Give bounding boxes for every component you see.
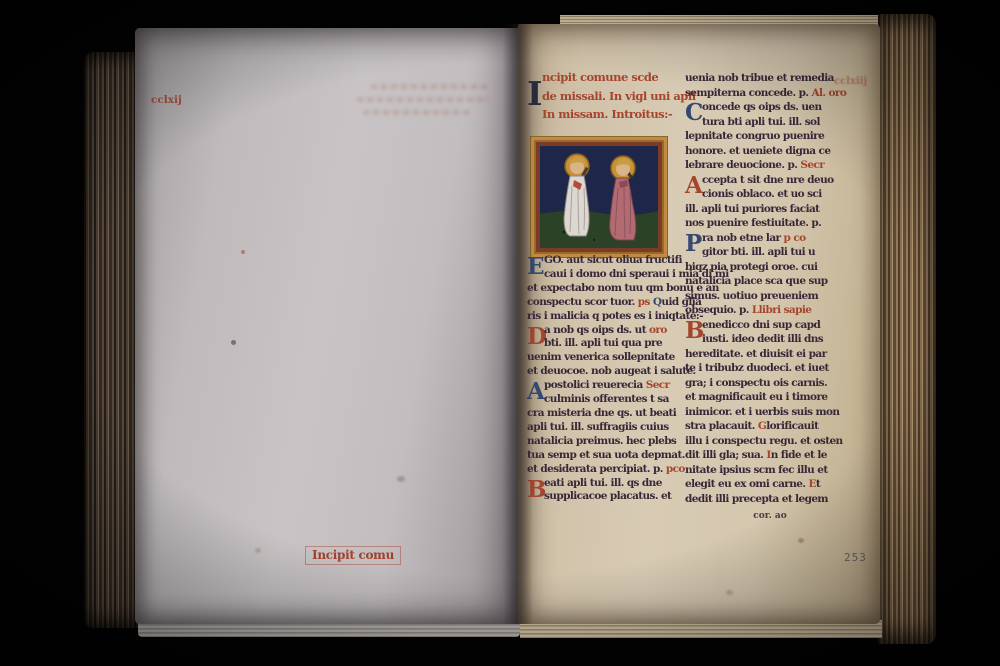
text-segment: ccepta t sit dne nre deuo: [702, 174, 834, 186]
text-segment: illu i conspectu regu. et osten: [685, 435, 843, 447]
stain: [726, 590, 733, 595]
text-segment: obsequio. p.: [685, 304, 752, 316]
manuscript-line: dedit illi precepta et legem: [685, 492, 855, 507]
manuscript-line: obsequio. p. Llibri sapie: [685, 303, 855, 318]
manuscript-line: biqz pia protegi oroe. cui: [685, 260, 855, 275]
text-segment: lebrare deuocione. p.: [685, 159, 800, 171]
text-segment: tua semp et sua uota depmat.: [527, 449, 685, 461]
text-segment: de missali. In vigl uni apli: [542, 89, 696, 103]
text-segment: lepnitate congruo puenire: [685, 130, 824, 142]
text-segment: stra placauit.: [685, 420, 758, 432]
manuscript-line: et expectabo nom tuu qm bonu e an: [527, 282, 687, 296]
text-segment: ncipit comune scde: [542, 70, 658, 84]
saint-figure-right: [610, 156, 636, 240]
miniature: [530, 136, 668, 262]
manuscript-line: nitate ipsius scm fec illu et: [685, 463, 855, 478]
show-through-ghost-text: [357, 84, 497, 134]
left-page-bottom-edge: [138, 622, 520, 637]
text-segment: conspectu scor tuor.: [527, 296, 638, 308]
text-segment: Secr: [800, 159, 824, 171]
text-segment: Al. oro: [811, 87, 846, 99]
text-segment: n fide et le: [771, 449, 827, 461]
text-segment: enedicco dni sup capd: [702, 319, 820, 331]
manuscript-line: natalicia place sca que sup: [685, 274, 855, 289]
saint-figure-left: [564, 154, 589, 236]
manuscript-line: gitor bti. ill. apli tui u: [685, 245, 855, 260]
miniature-art: [530, 136, 668, 258]
manuscript-line: lepnitate congruo puenire: [685, 129, 855, 144]
manuscript-line: lebrare deuocione. p. Secr: [685, 158, 855, 173]
text-segment: uenia nob tribue et remedia: [685, 72, 834, 84]
manuscript-line: Incipit comune scde: [527, 68, 683, 87]
text-segment: eati apli tui. ill. qs dne: [544, 477, 662, 489]
text-segment: natalicia preimus. hec plebs: [527, 435, 676, 447]
manuscript-line: Apostolici reuerecia Secr: [527, 379, 687, 393]
right-page: cclxiij Incipit comune scdede missali. I…: [518, 24, 880, 624]
manuscript-line: elegit eu ex omi carne. Et: [685, 477, 855, 492]
ink-spot: [241, 250, 245, 254]
text-segment: culminis offerentes t sa: [544, 393, 669, 405]
text-segment: sempiterna concede. p.: [685, 87, 811, 99]
miniature-green-ground: [540, 211, 658, 248]
text-segment: oro: [649, 324, 667, 336]
column1-text: EGO. aut sicut oliua fructificaui i domo…: [527, 254, 687, 504]
manuscript-line: gra; i conspectu ois carnis.: [685, 376, 855, 391]
manuscript-line: Accepta t sit dne nre deuo: [685, 173, 855, 188]
illuminated-initial: B: [685, 318, 700, 343]
manuscript-line: iusti. ideo dedit illi dns: [685, 332, 855, 347]
manuscript-line: conspectu scor tuor. ps Quid glia: [527, 296, 687, 310]
text-segment: inimicor. et i uerbis suis mon: [685, 406, 839, 418]
manuscript-line: supplicacoe placatus. et: [527, 490, 687, 504]
text-segment: GO. aut sicut oliua fructifi: [544, 254, 682, 266]
manuscript-line: Concede qs oips ds. uen: [685, 100, 855, 115]
manuscript-line: cra misteria dne qs. ut beati: [527, 407, 687, 421]
manuscript-line: EGO. aut sicut oliua fructifi: [527, 254, 687, 268]
text-segment: bti. ill. apli tui qua pre: [544, 337, 662, 349]
left-page-stack-edge: [84, 52, 140, 628]
text-segment: ill. apli tui puriores faciat: [685, 203, 819, 215]
manuscript-line: cionis oblaco. et uo sci: [685, 187, 855, 202]
manuscript-line: Da nob qs oips ds. ut oro: [527, 324, 687, 338]
text-segment: et desiderata percipiat. p.: [527, 463, 666, 475]
text-segment: oncede qs oips ds. uen: [702, 101, 822, 113]
manuscript-line: et magnificauit eu i timore: [685, 390, 855, 405]
text-segment: ra nob etne lar: [702, 232, 784, 244]
text-segment: G: [758, 420, 766, 432]
text-segment: natalicia place sca que sup: [685, 275, 828, 287]
manuscript-photo: cclxij Incipit comu cclxiij Incipit comu…: [0, 0, 1000, 666]
column1-rubric: Incipit comune scdede missali. In vigl u…: [527, 68, 683, 124]
incipit-rubric: Incipit comu: [305, 546, 401, 565]
manuscript-line: sempiterna concede. p. Al. oro: [685, 86, 855, 101]
text-segment: biqz pia protegi oroe. cui: [685, 261, 817, 273]
stain: [255, 548, 261, 553]
manuscript-line: uenim venerica sollepnitate: [527, 351, 687, 365]
manuscript-line: Pra nob etne lar p co: [685, 231, 855, 246]
left-folio-number: cclxij: [151, 94, 182, 106]
manuscript-line: illu i conspectu regu. et osten: [685, 434, 855, 449]
text-segment: tura bti apli tui. ill. sol: [702, 116, 820, 128]
text-segment: ps: [638, 296, 653, 308]
illuminated-initial: P: [685, 231, 700, 256]
text-segment: Llibri sapie: [752, 304, 811, 316]
left-page: cclxij Incipit comu: [135, 28, 520, 624]
text-segment: et magnificauit eu i timore: [685, 391, 827, 403]
text-segment: cra misteria dne qs. ut beati: [527, 407, 676, 419]
column2-lines: uenia nob tribue et remediasempiterna co…: [685, 71, 855, 506]
text-segment: pco: [666, 463, 685, 475]
illuminated-initial: C: [685, 100, 700, 125]
manuscript-line: inimicor. et i uerbis suis mon: [685, 405, 855, 420]
manuscript-line: In missam. Introitus:-: [527, 105, 683, 124]
text-segment: supplicacoe placatus. et: [544, 490, 671, 502]
stain: [798, 538, 804, 543]
catchword: cor. ao: [685, 509, 855, 524]
column2-text: uenia nob tribue et remediasempiterna co…: [685, 71, 855, 524]
text-segment: elegit eu ex omi carne.: [685, 478, 808, 490]
text-segment: simus. uotiuo preueniem: [685, 290, 818, 302]
manuscript-line: et desiderata percipiat. p. pco: [527, 463, 687, 477]
text-segment: ris i malicia q potes es i iniqtate:-: [527, 310, 703, 322]
manuscript-line: nos puenire festiuitate. p.: [685, 216, 855, 231]
text-segment: a nob qs oips ds. ut: [544, 324, 649, 336]
manuscript-line: et deuocoe. nob augeat i salute.: [527, 365, 687, 379]
manuscript-line: hereditate. et diuisit ei par: [685, 347, 855, 362]
text-segment: gra; i conspectu ois carnis.: [685, 377, 827, 389]
right-page-stack-edge: [878, 14, 936, 644]
manuscript-line: caui i domo dni speraui i mia di mi: [527, 268, 687, 282]
library-page-number: 253: [844, 551, 867, 564]
manuscript-line: te i tribubz duodeci. et iuet: [685, 361, 855, 376]
manuscript-line: tua semp et sua uota depmat.: [527, 449, 687, 463]
ground-speckle: [563, 231, 566, 234]
text-segment: postolici reuerecia: [544, 379, 646, 391]
text-segment: nos puenire festiuitate. p.: [685, 217, 821, 229]
manuscript-line: natalicia preimus. hec plebs: [527, 435, 687, 449]
text-segment: p co: [784, 232, 806, 244]
ground-speckle: [593, 239, 595, 241]
manuscript-line: stra placauit. Glorificauit: [685, 419, 855, 434]
manuscript-line: culminis offerentes t sa: [527, 393, 687, 407]
text-segment: In missam. Introitus:-: [542, 107, 672, 121]
text-segment: et deuocoe. nob augeat i salute.: [527, 365, 696, 377]
text-segment: lorificauit: [766, 420, 818, 432]
text-segment: cionis oblaco. et uo sci: [702, 188, 822, 200]
manuscript-line: ris i malicia q potes es i iniqtate:-: [527, 310, 687, 324]
text-segment: uenim venerica sollepnitate: [527, 351, 675, 363]
manuscript-line: simus. uotiuo preueniem: [685, 289, 855, 304]
text-segment: E: [808, 478, 815, 490]
text-segment: iusti. ideo dedit illi dns: [702, 333, 823, 345]
text-segment: nitate ipsius scm fec illu et: [685, 464, 828, 476]
book-gutter-shadow: [503, 24, 533, 624]
text-segment: dedit illi precepta et legem: [685, 493, 828, 505]
manuscript-line: ill. apli tui puriores faciat: [685, 202, 855, 217]
stain: [397, 476, 405, 482]
text-segment: gitor bti. ill. apli tui u: [702, 246, 815, 258]
text-segment: te i tribubz duodeci. et iuet: [685, 362, 829, 374]
manuscript-line: bti. ill. apli tui qua pre: [527, 337, 687, 351]
manuscript-line: apli tui. ill. suffragiis cuius: [527, 421, 687, 435]
ink-spot: [231, 340, 236, 345]
manuscript-line: uenia nob tribue et remedia: [685, 71, 855, 86]
text-segment: t: [816, 478, 820, 490]
manuscript-line: de missali. In vigl uni apli: [527, 87, 683, 106]
manuscript-line: dit illi gla; sua. In fide et le: [685, 448, 855, 463]
text-segment: apli tui. ill. suffragiis cuius: [527, 421, 669, 433]
manuscript-line: Beati apli tui. ill. qs dne: [527, 477, 687, 491]
text-segment: Secr: [646, 379, 670, 391]
manuscript-line: Benedicco dni sup capd: [685, 318, 855, 333]
text-segment: honore. et ueniete digna ce: [685, 145, 830, 157]
manuscript-line: honore. et ueniete digna ce: [685, 144, 855, 159]
illuminated-initial: A: [685, 173, 700, 198]
manuscript-line: tura bti apli tui. ill. sol: [685, 115, 855, 130]
text-segment: hereditate. et diuisit ei par: [685, 348, 827, 360]
text-segment: dit illi gla; sua.: [685, 449, 766, 461]
